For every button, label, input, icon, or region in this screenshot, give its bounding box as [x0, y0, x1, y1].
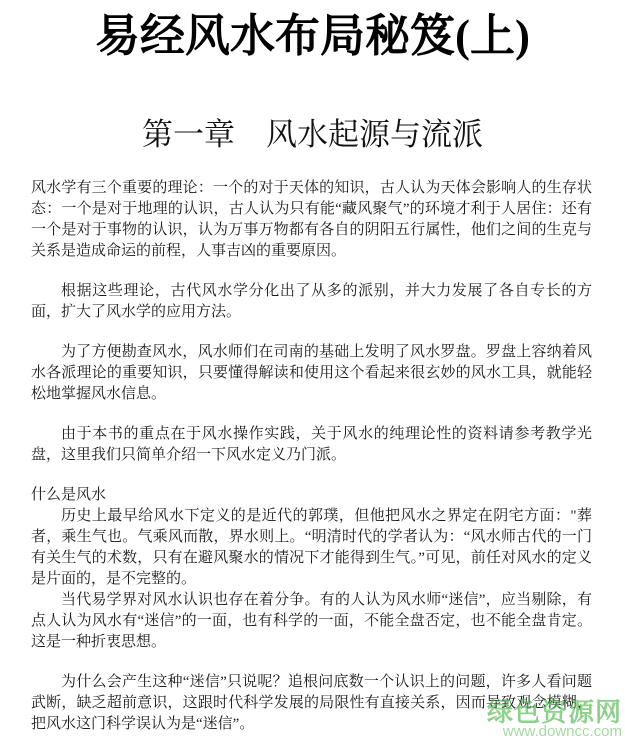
paragraph-luopan: 为了方便勘查风水，风水师们在司南的基础上发明了风水罗盘。罗盘上容纳着风水各派理论… [31, 342, 592, 405]
section-subheading: 什么是风水 [31, 485, 592, 506]
paragraph-modern-debate: 当代易学界对风水认识也存在着分争。有的人认为风水师“迷信”，应当剔除，有点人认为… [31, 590, 592, 653]
document-body: 风水学有三个重要的理论：一个的对于天体的知识，古人认为天体会影响人的生存状态：一… [31, 178, 592, 735]
paragraph-definition-history: 历史上最早给风水下定义的是近代的郭璞，但他把风水之界定在阴宅方面："葬者，乘生气… [31, 506, 592, 590]
paragraph-superstition: 为什么会产生这种“迷信”只说呢？追根问底数一个认识上的问题，许多人看问题武断，缺… [31, 672, 592, 735]
paragraph-intro: 风水学有三个重要的理论：一个的对于天体的知识，古人认为天体会影响人的生存状态：一… [31, 178, 592, 262]
paragraph-book-focus: 由于本书的重点在于风水操作实践，关于风水的纯理论性的资料请参考教学光盘，这里我们… [31, 424, 592, 466]
chapter-heading: 第一章 风水起源与流派 [0, 114, 625, 156]
document-title: 易经风水布局秘笈(上) [0, 8, 625, 64]
document-page: 易经风水布局秘笈(上) 第一章 风水起源与流派 风水学有三个重要的理论：一个的对… [0, 8, 625, 744]
paragraph-schools: 根据这些理论，古代风水学分化出了从多的派别，并大力发展了各自专长的方面，扩大了风… [31, 281, 592, 323]
